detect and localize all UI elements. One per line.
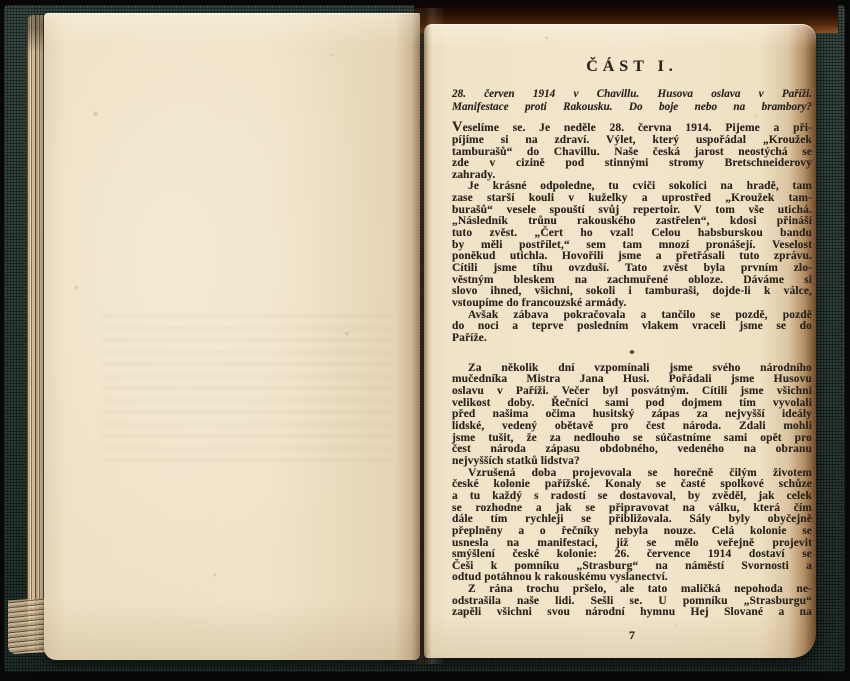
stain xyxy=(74,285,79,290)
paragraph: Vzrušená doba projevovala se horečně čil… xyxy=(452,468,812,585)
paragraph: Veselíme se. Je neděle 28. června 1914. … xyxy=(452,122,812,181)
paragraph: Za několik dní vzpomínali jsme svého nár… xyxy=(452,363,812,468)
stain xyxy=(344,331,350,336)
stain xyxy=(92,111,99,117)
left-page-blank xyxy=(44,13,420,660)
stain xyxy=(330,53,334,57)
section-separator: * xyxy=(452,345,812,363)
chapter-heading: ČÁST I. xyxy=(452,58,812,76)
page-number: 7 xyxy=(452,628,812,643)
text-column: ČÁST I. 28. červen 1914 v Chavillu. Huso… xyxy=(452,24,812,643)
book-scan: ČÁST I. 28. červen 1914 v Chavillu. Huso… xyxy=(0,0,850,681)
paragraph: Z rána trochu pršelo, ale tato maličká n… xyxy=(452,584,812,619)
paragraph: Je krásné odpoledne, tu cviči sokolíci n… xyxy=(452,181,812,309)
stain xyxy=(212,573,217,577)
right-page: ČÁST I. 28. červen 1914 v Chavillu. Huso… xyxy=(424,24,816,658)
paragraph: Avšak zábava pokračovala a tančilo se po… xyxy=(452,310,812,345)
chapter-subtitle: 28. červen 1914 v Chavillu. Husova oslav… xyxy=(452,88,812,113)
